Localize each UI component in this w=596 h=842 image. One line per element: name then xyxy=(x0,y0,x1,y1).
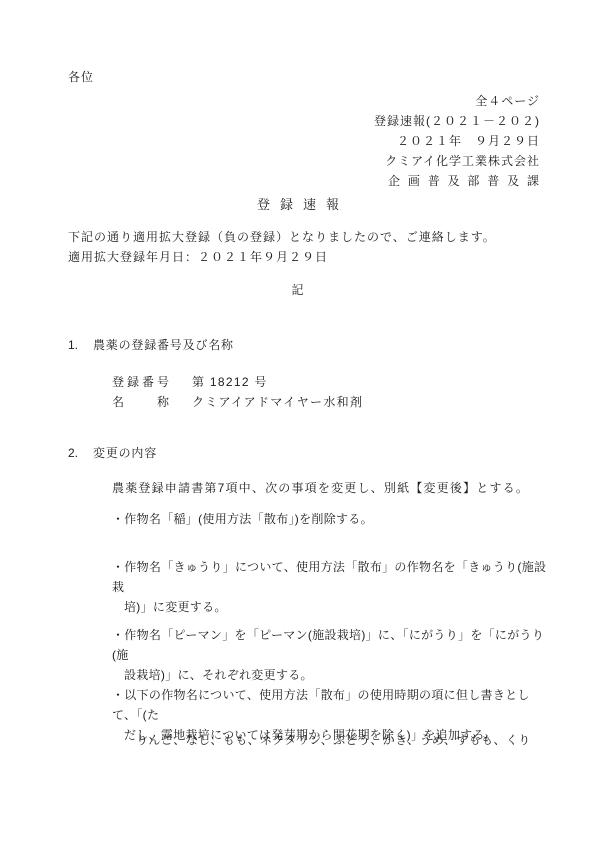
crop-list: りんご、なし、もも、ネクタリン、ぶどう、かき、うめ、すもも、くり xyxy=(136,731,531,748)
change-intro: 農薬登録申請書第7項中、次の事項を変更し、別紙【変更後】とする。 xyxy=(112,479,529,496)
registration-number-label: 登録番号 xyxy=(112,372,170,392)
change-item-3: ・作物名「ピーマン」を「ピーマン(施設栽培)」に、「にがうり」を「にがうり(施 … xyxy=(112,625,548,685)
change-item-1-line-1: ・作物名「稲」(使用方法「散布」)を削除する。 xyxy=(112,509,548,529)
header-page-count: 全４ページ xyxy=(374,91,540,111)
section-2-heading-text: 変更の内容 xyxy=(93,446,157,460)
header-department: 企画普及部普及課 xyxy=(388,171,540,191)
section-1-heading-text: 農薬の登録番号及び名称 xyxy=(93,338,234,352)
section-1-heading: 1.農薬の登録番号及び名称 xyxy=(68,336,234,353)
ki-marker: 記 xyxy=(0,281,596,298)
registration-info: 登録番号第 18212 号 名称クミアイアドマイヤー水和剤 xyxy=(112,372,363,412)
document-title: 登録速報 xyxy=(0,194,596,213)
change-item-1: ・作物名「稲」(使用方法「散布」)を削除する。 xyxy=(112,509,548,529)
intro-line-1: 下記の通り適用拡大登録（負の登録）となりましたので、ご連絡します。 xyxy=(68,228,496,245)
change-item-3-line-1: ・作物名「ピーマン」を「ピーマン(施設栽培)」に、「にがうり」を「にがうり(施 xyxy=(112,625,548,665)
section-2-number: 2. xyxy=(68,446,93,460)
change-item-4-line-1: ・以下の作物名について、使用方法「散布」の使用時期の項に但し書きとして、「(た xyxy=(112,685,548,725)
header-company-name: クミアイ化学工業株式会社 xyxy=(374,151,540,171)
header-date: ２０２１年 ９月２９日 xyxy=(374,131,540,151)
change-item-2: ・作物名「きゅうり」について、使用方法「散布」の作物名を「きゅうり(施設栽 培)… xyxy=(112,557,548,617)
change-item-2-line-2: 培)」に変更する。 xyxy=(112,597,548,617)
product-name-label: 名称 xyxy=(112,392,170,412)
registration-number-row: 登録番号第 18212 号 xyxy=(112,372,363,392)
change-item-3-line-2: 設栽培)」に、それぞれ変更する。 xyxy=(112,665,548,685)
intro-line-2: 適用拡大登録年月日：２０２１年９月２９日 xyxy=(68,248,328,265)
section-2-heading: 2.変更の内容 xyxy=(68,444,157,461)
salutation: 各位 xyxy=(68,68,94,85)
registration-number-value: 第 18212 号 xyxy=(192,372,268,392)
section-1-number: 1. xyxy=(68,338,93,352)
change-item-2-line-1: ・作物名「きゅうり」について、使用方法「散布」の作物名を「きゅうり(施設栽 xyxy=(112,557,548,597)
document-page: 各位 全４ページ 登録速報(２０２１－２０２) ２０２１年 ９月２９日 クミアイ… xyxy=(0,0,596,842)
product-name-row: 名称クミアイアドマイヤー水和剤 xyxy=(112,392,363,412)
header-bulletin-number: 登録速報(２０２１－２０２) xyxy=(374,111,540,131)
document-header: 全４ページ 登録速報(２０２１－２０２) ２０２１年 ９月２９日 クミアイ化学工… xyxy=(374,91,540,191)
product-name-value: クミアイアドマイヤー水和剤 xyxy=(192,392,363,412)
